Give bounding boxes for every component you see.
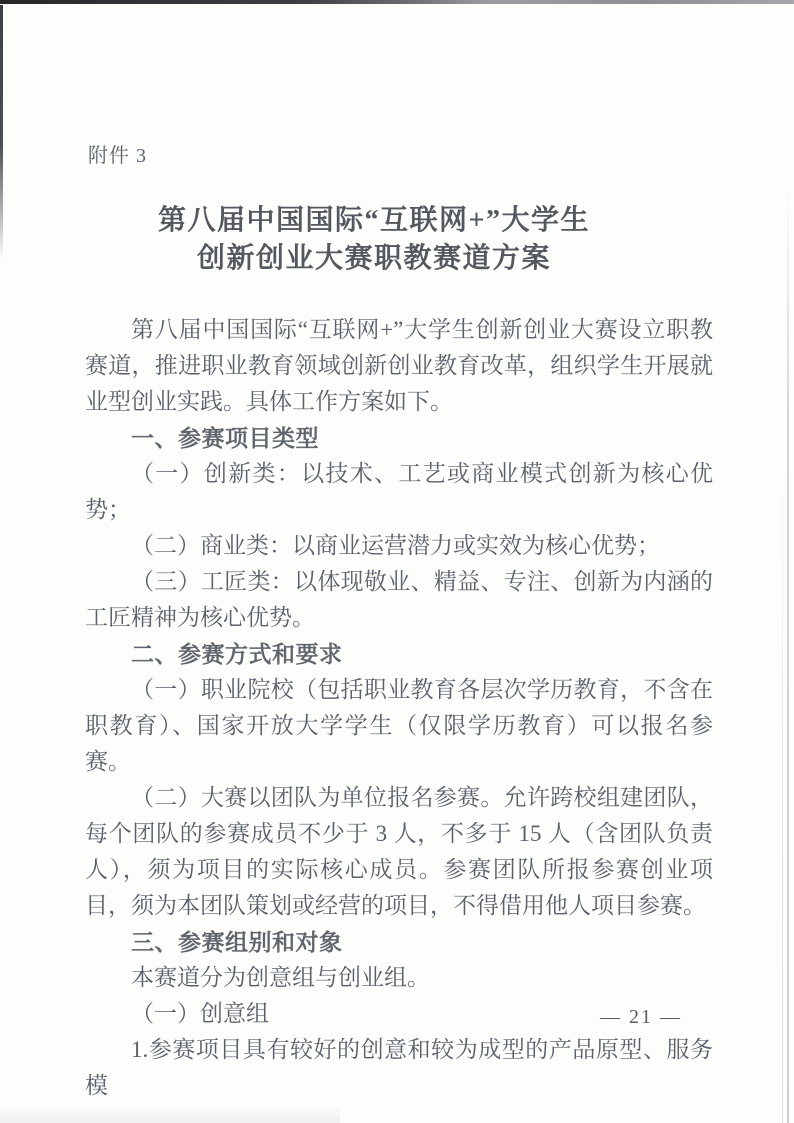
item-innovation-category: （一）创新类：以技术、工艺或商业模式创新为核心优势； bbox=[85, 456, 713, 528]
section-heading-2: 二、参赛方式和要求 bbox=[85, 636, 713, 672]
groups-intro-paragraph: 本赛道分为创意组与创业组。 bbox=[85, 960, 713, 996]
scan-artifact-right-edge bbox=[787, 185, 789, 1123]
item-eligibility: （一）职业院校（包括职业教育各层次学历教育，不含在职教育）、国家开放大学学生（仅… bbox=[85, 672, 713, 780]
section-heading-3: 三、参赛组别和对象 bbox=[85, 924, 713, 960]
item-craftsman-category: （三）工匠类：以体现敬业、精益、专注、创新为内涵的工匠精神为核心优势。 bbox=[85, 564, 713, 636]
scan-artifact-right-edge-2 bbox=[782, 420, 783, 1123]
item-business-category: （二）商业类：以商业运营潜力或实效为核心优势； bbox=[85, 528, 713, 564]
document-title: 第八届中国国际“互联网+”大学生 创新创业大赛职教赛道方案 bbox=[0, 202, 748, 278]
scanned-document-page: 附件 3 第八届中国国际“互联网+”大学生 创新创业大赛职教赛道方案 第八届中国… bbox=[0, 0, 794, 1123]
creative-group-requirement: 1.参赛项目具有较好的创意和较为成型的产品原型、服务模 bbox=[85, 1032, 713, 1104]
section-heading-1: 一、参赛项目类型 bbox=[85, 420, 713, 456]
intro-paragraph: 第八届中国国际“互联网+”大学生创新创业大赛设立职教赛道，推进职业教育领域创新创… bbox=[85, 312, 713, 420]
item-team-requirements: （二）大赛以团队为单位报名参赛。允许跨校组建团队，每个团队的参赛成员不少于 3 … bbox=[85, 780, 713, 924]
document-body: 第八届中国国际“互联网+”大学生创新创业大赛设立职教赛道，推进职业教育领域创新创… bbox=[85, 312, 713, 1104]
document-title-line-2: 创新创业大赛职教赛道方案 bbox=[0, 240, 748, 278]
page-number: — 21 — bbox=[600, 1006, 682, 1029]
attachment-label: 附件 3 bbox=[88, 139, 147, 168]
scan-artifact-top-edge bbox=[0, 0, 794, 4]
scan-artifact-bottom-edge bbox=[0, 1105, 340, 1123]
document-title-line-1: 第八届中国国际“互联网+”大学生 bbox=[0, 202, 748, 240]
